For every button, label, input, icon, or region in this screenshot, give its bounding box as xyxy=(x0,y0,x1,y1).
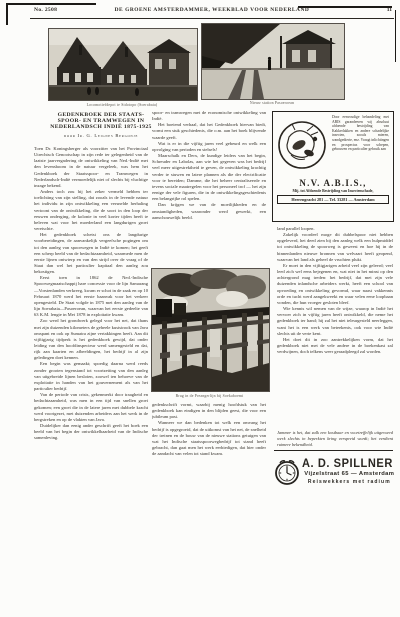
bridge-illustration xyxy=(152,269,269,391)
article-paragraph: Zakelijk voordeel moge dit dubbelspoor n… xyxy=(277,232,393,263)
article-paragraph: Het boeiend verhaal, dat het Gedenkboek … xyxy=(152,122,266,140)
article-column-1: Toen Dr. Koningsberger als voorzitter va… xyxy=(34,146,148,478)
spillner-address: Vijzelstraat 65 — Amsterdam xyxy=(302,471,397,477)
photo-caption-right: Nieuw station Pasoeroean xyxy=(201,101,343,105)
abis-company-name: N.V. A.B.I.S., xyxy=(277,178,389,188)
article-paragraph: spoor- en tramwegen met de economische o… xyxy=(152,110,266,122)
article-paragraph: Maarschalk en Derx, de kundige leiders v… xyxy=(152,153,266,202)
photo-station xyxy=(201,23,345,100)
article-paragraph: Toen Dr. Koningsberger als voorzitter va… xyxy=(34,146,148,189)
photo-caption-middle: Brug in de Preangerlijn bij Soekaboemi xyxy=(151,394,268,398)
page-number: 11 xyxy=(387,7,392,13)
article-headline: GEDENKBOEK DER STAATS- SPOOR- EN TRAMWEG… xyxy=(34,112,168,138)
page-header: No. 2508 DE GROENE AMSTERDAMMER, WEEKBLA… xyxy=(30,7,394,19)
abis-advertisement: Door eenvoudige behandeling met ABIS gar… xyxy=(272,111,394,222)
article-paragraph: Het gedenkboek schetst ons de langdurige… xyxy=(34,232,148,275)
scan-artifact-line xyxy=(6,3,8,25)
article-column-3: land parallel loopen.Zakelijk voordeel m… xyxy=(277,226,393,426)
scan-artifact-line xyxy=(395,10,396,62)
headline-line-3: NEDERLANDSCH INDIË 1875-1925 xyxy=(34,124,168,130)
spillner-company-name: A. D. SPILLNER xyxy=(302,459,393,470)
article-column-2-top: spoor- en tramwegen met de economische o… xyxy=(152,110,266,266)
scan-artifact-line xyxy=(8,3,96,5)
article-closing-note: Jammer is het, dat zulk een kostbaar en … xyxy=(277,430,393,448)
locomotive-depot-illustration xyxy=(49,29,197,100)
article-paragraph: Zoo werd het grondwerk gelegd voor het n… xyxy=(34,318,148,361)
photo-bridge xyxy=(151,268,270,392)
newspaper-page: No. 2508 DE GROENE AMSTERDAMMER, WEEKBLA… xyxy=(0,0,400,617)
abis-ad-body: Door eenvoudige behandeling met ABIS gar… xyxy=(332,115,389,175)
article-paragraph: Wanneer we dan bedenken tot welk een omv… xyxy=(152,420,266,457)
article-paragraph: Het doet dit in zoo aantrekkelijken vorm… xyxy=(277,337,393,355)
article-paragraph: Er moet in den vijftigjarigen arbeid vee… xyxy=(277,263,393,306)
spillner-advertisement: A. D. SPILLNER Vijzelstraat 65 — Amsterd… xyxy=(274,450,393,490)
station-illustration xyxy=(202,24,344,99)
article-paragraph: Een begin was gemaakt; spoedig daarna we… xyxy=(34,361,148,392)
photo-caption-left: Locomotiefdepot te Sidotopo (Soerabaia) xyxy=(48,103,196,107)
article-byline: door Ir. G. Leignes Bergonje xyxy=(34,133,168,138)
article-paragraph: Dan krijgen we van de moeilijkheden en d… xyxy=(152,202,266,220)
article-column-2-bottom: gedenkschrift vormt, waarbij menig hoofd… xyxy=(152,402,266,478)
article-paragraph: Anders toch zou hij het zeker vermeld he… xyxy=(34,189,148,232)
abis-subtitle: Mij. tot Afdoende Bestrijding van Insect… xyxy=(277,189,389,193)
photo-locomotive-depot xyxy=(48,28,198,101)
alarm-clock-icon xyxy=(274,458,300,486)
article-paragraph: Duidelijker dan eenig ander geschrift ge… xyxy=(34,423,148,441)
article-paragraph: Van de periode van crisis, gekenmerkt do… xyxy=(34,392,148,423)
article-paragraph: Wie kennis wil nemen van de wijze, waaro… xyxy=(277,306,393,337)
abis-address: Heerengracht 281 — Tel. 33281 — Amsterda… xyxy=(277,195,389,204)
article-paragraph: gedenkschrift vormt, waarbij menig hoofd… xyxy=(152,402,266,420)
spillner-tagline: Reiswekkers met radium xyxy=(302,479,397,485)
masthead-title: DE GROENE AMSTERDAMMER, WEEKBLAD VOOR NE… xyxy=(30,7,394,13)
abis-emblem-icon xyxy=(277,115,329,175)
article-paragraph: Wat is er in die vijftig jaren veel gebe… xyxy=(152,141,266,153)
article-paragraph: Eerst toen in 1862 de Ned.-Indische Spoo… xyxy=(34,275,148,318)
